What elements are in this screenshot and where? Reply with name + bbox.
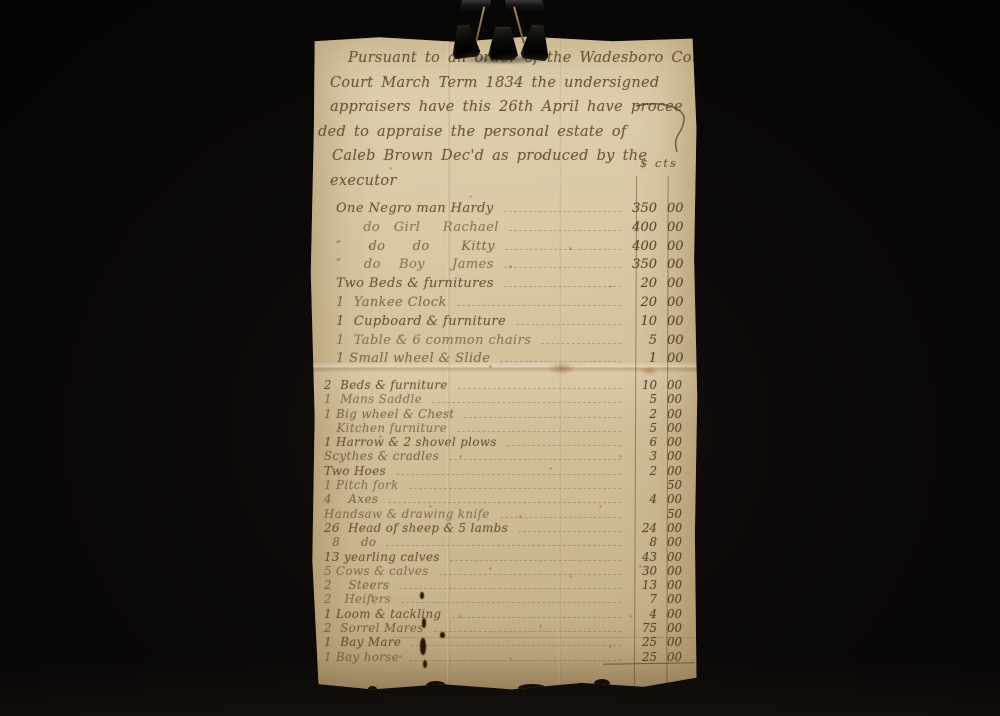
item-cents: 00 bbox=[660, 219, 694, 238]
inventory-row: Kitchen furniture500 bbox=[324, 421, 694, 435]
inventory-row: 26 Head of sheep & 5 lambs2400 bbox=[324, 521, 694, 535]
item-description: 1 Bay horse bbox=[324, 650, 399, 664]
item-dollars: 43 bbox=[627, 550, 660, 564]
faint-crease-line bbox=[394, 637, 694, 638]
inventory-row: Two Beds & furnitures2000 bbox=[336, 275, 694, 294]
item-dollars: 10 bbox=[627, 313, 660, 332]
item-dollars: 4 bbox=[627, 492, 660, 506]
item-description: 4 Axes bbox=[324, 492, 378, 506]
inventory-row: 1 Cupboard & furniture1000 bbox=[336, 313, 694, 332]
burn-mark bbox=[426, 681, 446, 690]
item-cents: 00 bbox=[660, 650, 694, 664]
item-description: 1 Table & 6 common chairs bbox=[336, 332, 531, 351]
binder-clip bbox=[446, 0, 558, 66]
item-cents: 00 bbox=[660, 564, 694, 578]
item-cents: 50 bbox=[660, 507, 694, 521]
item-description: 1 Small wheel & Slide bbox=[336, 350, 490, 369]
clip-finger-left bbox=[449, 23, 481, 59]
item-description: 26 Head of sheep & 5 lambs bbox=[324, 521, 508, 535]
leader-dashes bbox=[409, 488, 621, 489]
item-cents: 00 bbox=[660, 294, 694, 313]
item-cents: 00 bbox=[660, 200, 694, 219]
leader-dashes bbox=[500, 517, 621, 518]
item-cents: 00 bbox=[660, 378, 694, 392]
leader-dashes bbox=[401, 602, 621, 603]
item-cents: 00 bbox=[660, 578, 694, 592]
item-cents: 50 bbox=[660, 478, 694, 492]
ink-blot bbox=[423, 660, 427, 668]
document-paper: Pursuant to an order of the Wadesboro Co… bbox=[310, 36, 698, 692]
clip-handle-right bbox=[505, 0, 546, 13]
item-cents: 00 bbox=[660, 350, 694, 369]
burn-mark bbox=[518, 684, 546, 692]
leader-dashes bbox=[516, 324, 621, 325]
item-dollars: 20 bbox=[627, 275, 660, 294]
burn-mark bbox=[594, 679, 610, 688]
item-dollars: 75 bbox=[627, 621, 660, 635]
ink-blot bbox=[420, 592, 424, 599]
item-cents: 00 bbox=[660, 421, 694, 435]
item-dollars: 5 bbox=[627, 392, 660, 406]
header-line: appraisers have this 26th April have pro… bbox=[330, 95, 670, 120]
item-dollars: 25 bbox=[627, 650, 660, 664]
inventory-row: 1 Mans Saddle500 bbox=[324, 392, 694, 406]
leader-dashes bbox=[449, 459, 621, 460]
leader-dashes bbox=[505, 249, 621, 250]
inventory-row: ″ do Boy James35000 bbox=[336, 256, 694, 275]
item-cents: 00 bbox=[660, 521, 694, 535]
item-description: 1 Harrow & 2 shovel plows bbox=[324, 435, 497, 449]
inventory-row: 2 Beds & furniture1000 bbox=[324, 378, 694, 392]
item-cents: 00 bbox=[660, 238, 694, 257]
item-cents: 00 bbox=[660, 492, 694, 506]
leader-dashes bbox=[464, 417, 621, 418]
item-dollars: 350 bbox=[627, 200, 660, 219]
item-dollars: 3 bbox=[627, 449, 660, 463]
item-description: Two Beds & furnitures bbox=[336, 275, 494, 294]
inventory-row: 1 Pitch fork50 bbox=[324, 478, 694, 492]
inventory-row: 1 Small wheel & Slide100 bbox=[336, 350, 694, 369]
document-header: Pursuant to an order of the Wadesboro Co… bbox=[330, 46, 670, 194]
header-line: executor bbox=[330, 169, 670, 194]
item-dollars: 7 bbox=[627, 592, 660, 606]
leader-dashes bbox=[509, 230, 621, 231]
inventory-group-1: One Negro man Hardy35000 do Girl Rachael… bbox=[336, 200, 694, 369]
inventory-row: 13 yearling calves4300 bbox=[324, 550, 694, 564]
leader-dashes bbox=[409, 660, 621, 661]
inventory-row: Scythes & cradles300 bbox=[324, 449, 694, 463]
item-description: 1 Big wheel & Chest bbox=[324, 407, 454, 421]
leader-dashes bbox=[388, 502, 621, 503]
item-cents: 00 bbox=[660, 592, 694, 606]
inventory-row: 8 do800 bbox=[324, 535, 694, 549]
item-description: 13 yearling calves bbox=[324, 550, 440, 564]
item-dollars: 2 bbox=[627, 464, 660, 478]
item-description: do Girl Rachael bbox=[336, 219, 499, 238]
leader-dashes bbox=[399, 588, 621, 589]
inventory-row: 2 Heifers700 bbox=[324, 592, 694, 606]
leader-dashes bbox=[541, 343, 621, 344]
leader-dashes bbox=[450, 560, 621, 561]
total-underline bbox=[603, 662, 695, 665]
header-line: Caleb Brown Dec'd as produced by the bbox=[330, 144, 670, 169]
clip-finger-middle bbox=[488, 27, 518, 60]
inventory-row: do Girl Rachael40000 bbox=[336, 219, 694, 238]
ink-blot bbox=[420, 638, 426, 655]
ink-blot bbox=[422, 618, 426, 628]
inventory-row: 1 Yankee Clock2000 bbox=[336, 294, 694, 313]
item-description: 1 Pitch fork bbox=[324, 478, 399, 492]
item-description: ″ do Boy James bbox=[336, 256, 494, 275]
item-cents: 00 bbox=[660, 392, 694, 406]
currency-header: $ cts bbox=[640, 156, 678, 170]
item-description: ″ do do Kitty bbox=[336, 238, 495, 257]
item-description: 8 do bbox=[324, 535, 376, 549]
item-cents: 00 bbox=[660, 621, 694, 635]
item-description: Scythes & cradles bbox=[324, 449, 439, 463]
leader-dashes bbox=[439, 574, 621, 575]
item-dollars: 13 bbox=[627, 578, 660, 592]
item-description: Two Hoes bbox=[324, 464, 386, 478]
item-cents: 00 bbox=[660, 313, 694, 332]
item-dollars: 4 bbox=[627, 607, 660, 621]
item-cents: 00 bbox=[660, 550, 694, 564]
burn-mark bbox=[368, 686, 377, 692]
leader-dashes bbox=[518, 531, 621, 532]
item-description: 2 Sorrel Mares bbox=[324, 621, 424, 635]
leader-dashes bbox=[452, 617, 621, 618]
inventory-row: Two Hoes200 bbox=[324, 464, 694, 478]
item-description: 2 Heifers bbox=[324, 592, 391, 606]
leader-dashes bbox=[432, 402, 621, 403]
inventory-row: 2 Steers1300 bbox=[324, 578, 694, 592]
leader-dashes bbox=[457, 305, 621, 306]
item-description: 1 Mans Saddle bbox=[324, 392, 422, 406]
item-dollars: 5 bbox=[627, 421, 660, 435]
item-description: 2 Steers bbox=[324, 578, 389, 592]
item-dollars: 350 bbox=[627, 256, 660, 275]
leader-dashes bbox=[457, 431, 621, 432]
item-cents: 00 bbox=[660, 407, 694, 421]
inventory-row: 2 Sorrel Mares7500 bbox=[324, 621, 694, 635]
item-dollars: 10 bbox=[627, 378, 660, 392]
item-dollars: 30 bbox=[627, 564, 660, 578]
item-cents: 00 bbox=[660, 535, 694, 549]
leader-dashes bbox=[504, 286, 621, 287]
item-description: One Negro man Hardy bbox=[336, 200, 494, 219]
pen-flourish bbox=[632, 98, 694, 158]
item-dollars: 5 bbox=[627, 332, 660, 351]
item-description: 1 Cupboard & furniture bbox=[336, 313, 506, 332]
item-cents: 00 bbox=[660, 449, 694, 463]
inventory-group-2: 2 Beds & furniture10001 Mans Saddle5001 … bbox=[324, 378, 694, 664]
item-description: 5 Cows & calves bbox=[324, 564, 429, 578]
item-cents: 00 bbox=[660, 464, 694, 478]
leader-dashes bbox=[386, 545, 621, 546]
clip-handle-left bbox=[458, 0, 491, 13]
item-dollars: 8 bbox=[627, 535, 660, 549]
paper-specks bbox=[310, 36, 311, 37]
inventory-row: 1 Loom & tackling400 bbox=[324, 607, 694, 621]
leader-dashes bbox=[458, 388, 621, 389]
inventory-row: One Negro man Hardy35000 bbox=[336, 200, 694, 219]
header-line: ded to appraise the personal estate of bbox=[318, 120, 670, 145]
item-description: 1 Bay Mare bbox=[324, 635, 401, 649]
item-dollars: 24 bbox=[627, 521, 660, 535]
stain bbox=[640, 366, 658, 376]
item-cents: 00 bbox=[660, 435, 694, 449]
header-line: Court March Term 1834 the undersigned bbox=[330, 71, 670, 96]
inventory-row: 5 Cows & calves3000 bbox=[324, 564, 694, 578]
leader-dashes bbox=[396, 474, 621, 475]
item-description: 2 Beds & furniture bbox=[324, 378, 448, 392]
inventory-row: 4 Axes400 bbox=[324, 492, 694, 506]
leader-dashes bbox=[504, 211, 621, 212]
item-dollars: 20 bbox=[627, 294, 660, 313]
item-description: Handsaw & drawing knife bbox=[324, 507, 490, 521]
item-description: 1 Yankee Clock bbox=[336, 294, 447, 313]
photo-background: Pursuant to an order of the Wadesboro Co… bbox=[0, 0, 1000, 716]
item-dollars: 400 bbox=[627, 219, 660, 238]
item-dollars: 2 bbox=[627, 407, 660, 421]
inventory-row: 1 Harrow & 2 shovel plows600 bbox=[324, 435, 694, 449]
item-cents: 00 bbox=[660, 332, 694, 351]
stain bbox=[548, 362, 576, 375]
inventory-row: 1 Table & 6 common chairs500 bbox=[336, 332, 694, 351]
leader-dashes bbox=[411, 645, 621, 646]
leader-dashes bbox=[504, 267, 621, 268]
item-cents: 00 bbox=[660, 275, 694, 294]
item-dollars: 6 bbox=[627, 435, 660, 449]
ink-blot bbox=[440, 632, 445, 638]
item-cents: 00 bbox=[660, 607, 694, 621]
inventory-row: ″ do do Kitty40000 bbox=[336, 238, 694, 257]
inventory-row: 1 Bay horse2500 bbox=[324, 650, 694, 664]
leader-dashes bbox=[507, 445, 621, 446]
inventory-row: 1 Big wheel & Chest200 bbox=[324, 407, 694, 421]
item-dollars: 400 bbox=[627, 238, 660, 257]
item-description: Kitchen furniture bbox=[324, 421, 447, 435]
item-cents: 00 bbox=[660, 256, 694, 275]
inventory-row: Handsaw & drawing knife50 bbox=[324, 507, 694, 521]
leader-dashes bbox=[434, 631, 621, 632]
